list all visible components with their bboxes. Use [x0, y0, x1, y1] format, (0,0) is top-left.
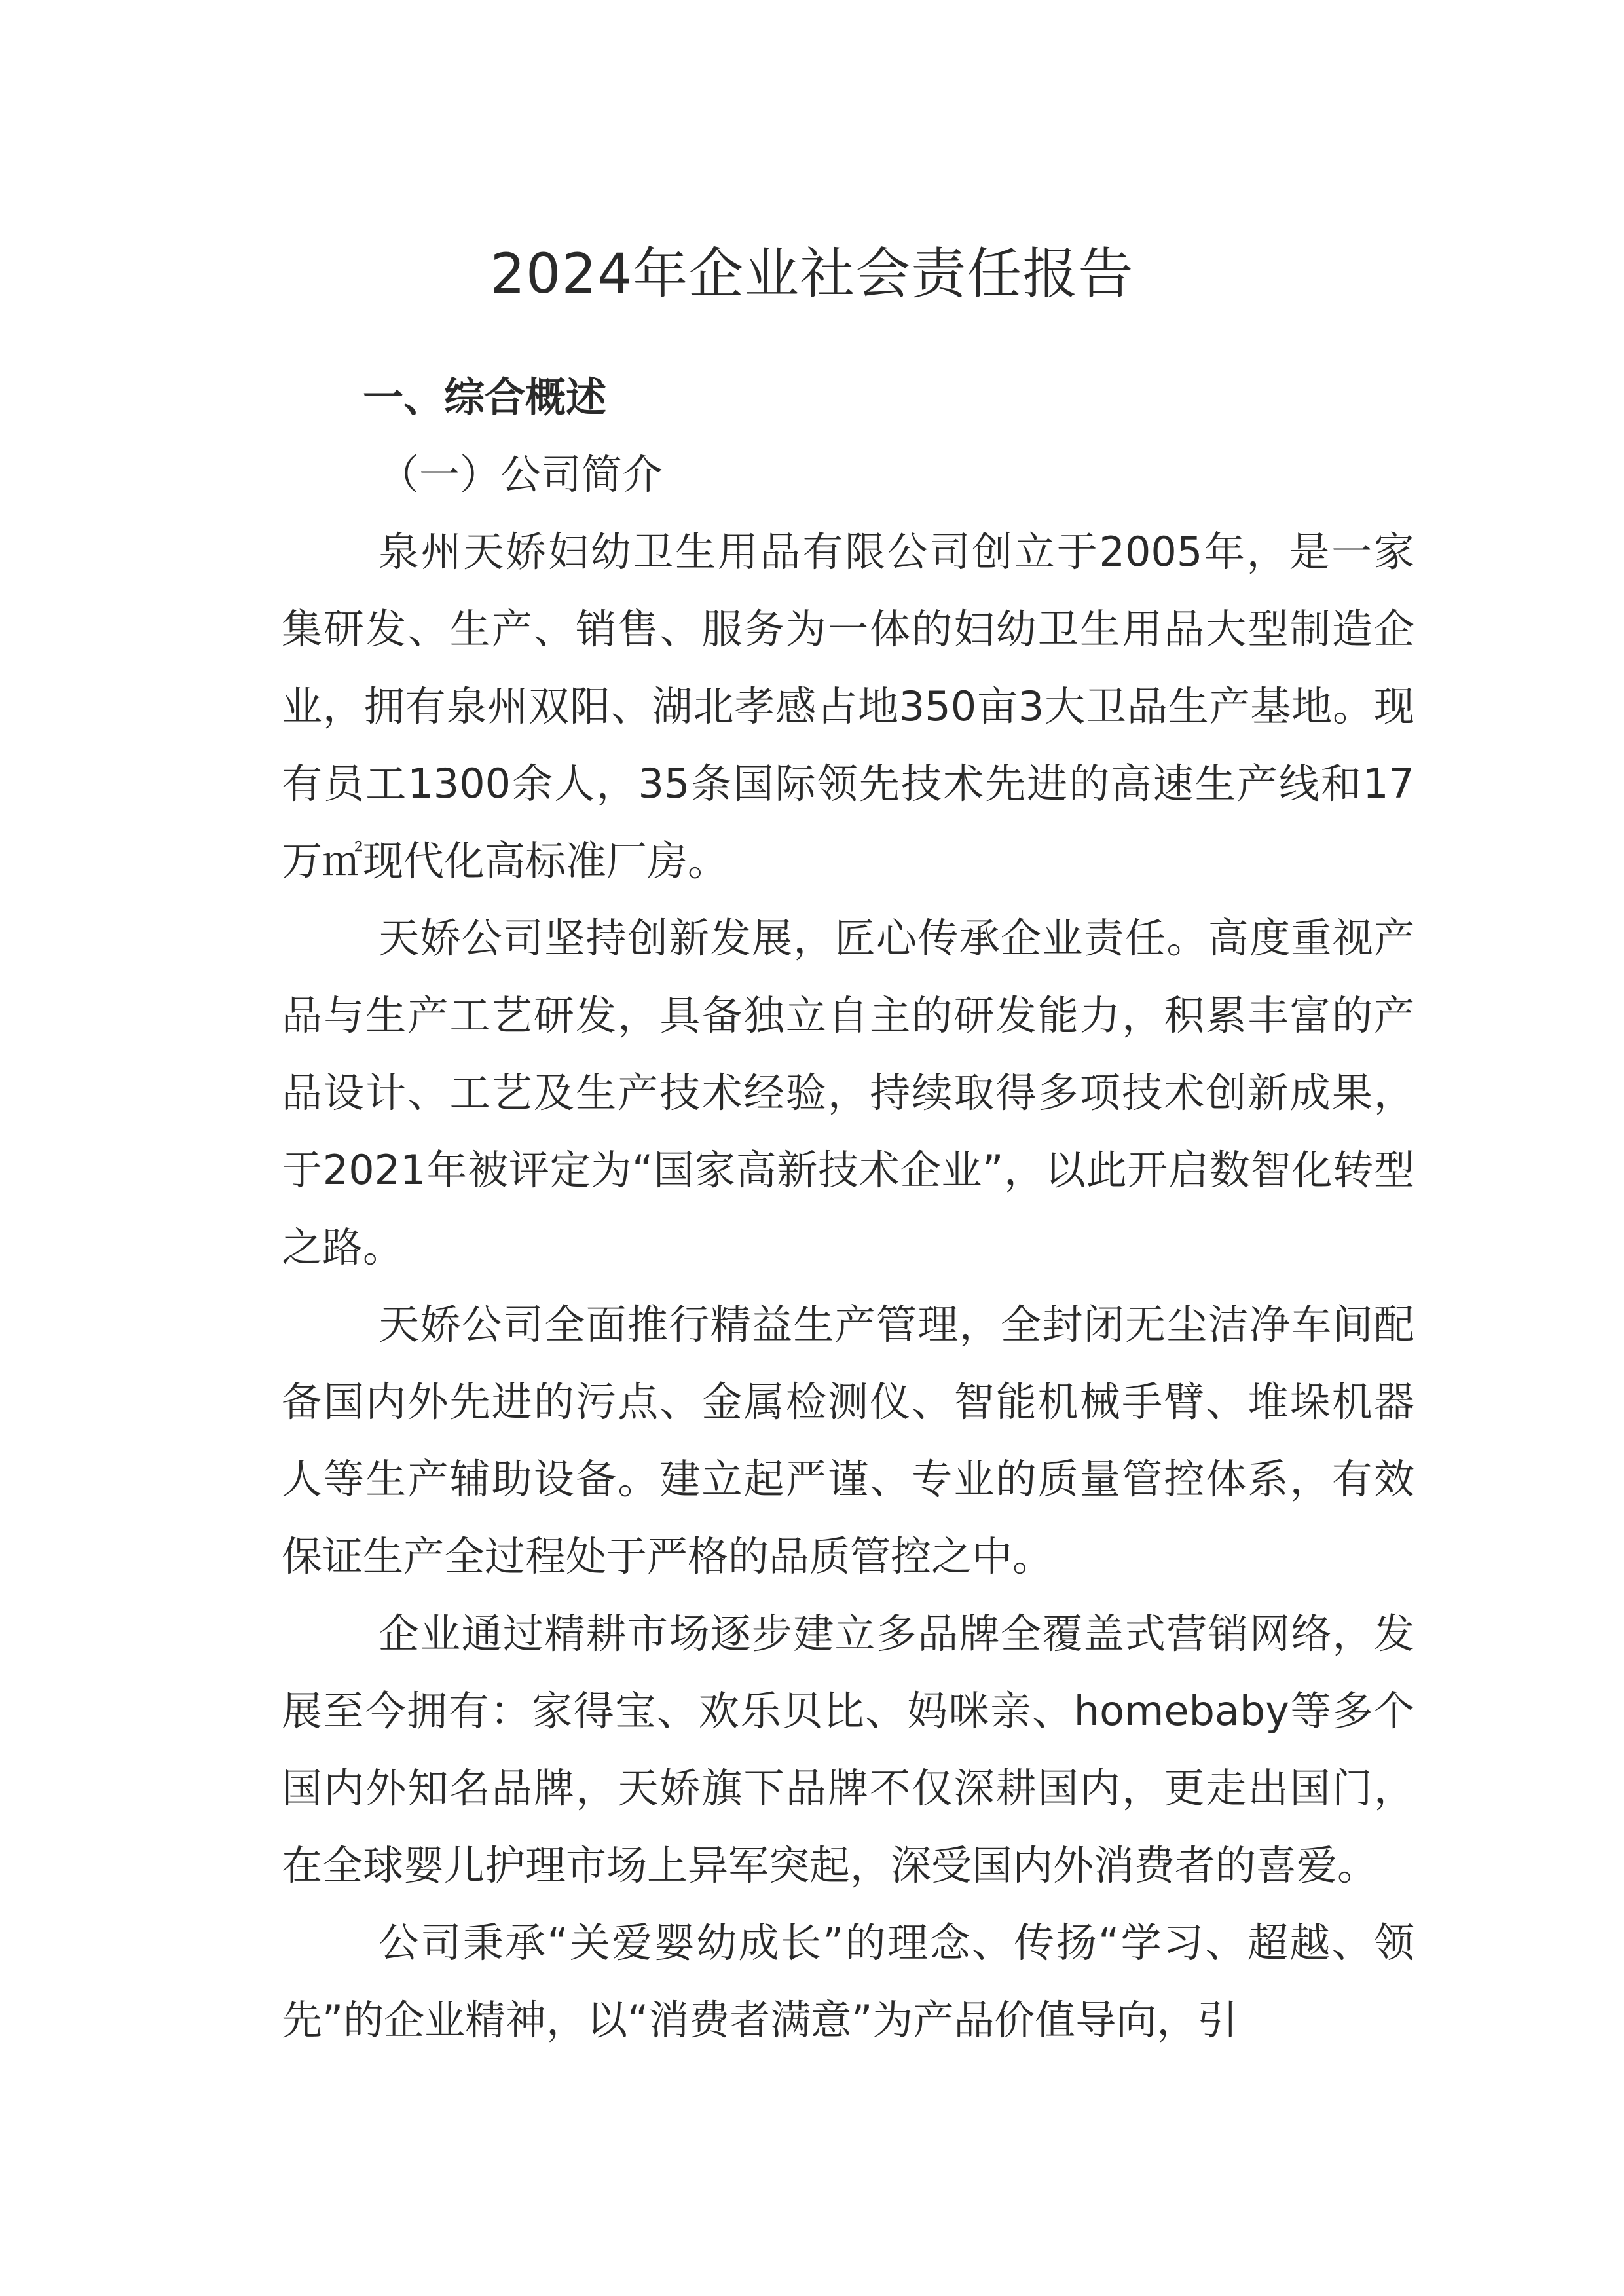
paragraph-innovation: 天娇公司坚持创新发展，匠心传承企业责任。高度重视产品与生产工艺研发，具备独立自主… [282, 900, 1414, 1286]
section-heading: 一、综合概述 [363, 359, 1414, 436]
paragraph-company-intro: 泉州天娇妇幼卫生用品有限公司创立于2005年，是一家集研发、生产、销售、服务为一… [282, 513, 1414, 900]
document-title: 2024年企业社会责任报告 [0, 234, 1624, 313]
subsection-heading: （一）公司简介 [378, 436, 1414, 513]
paragraph-philosophy: 公司秉承“关爱婴幼成长”的理念、传扬“学习、超越、领先”的企业精神，以“消费者满… [282, 1904, 1414, 2059]
paragraph-lean-production: 天娇公司全面推行精益生产管理，全封闭无尘洁净车间配备国内外先进的污点、金属检测仪… [282, 1286, 1414, 1595]
document-page: 2024年企业社会责任报告 一、综合概述 （一）公司简介 泉州天娇妇幼卫生用品有… [0, 0, 1624, 2296]
document-body: 一、综合概述 （一）公司简介 泉州天娇妇幼卫生用品有限公司创立于2005年，是一… [282, 359, 1414, 2059]
paragraph-brands: 企业通过精耕市场逐步建立多品牌全覆盖式营销网络，发展至今拥有：家得宝、欢乐贝比、… [282, 1595, 1414, 1904]
